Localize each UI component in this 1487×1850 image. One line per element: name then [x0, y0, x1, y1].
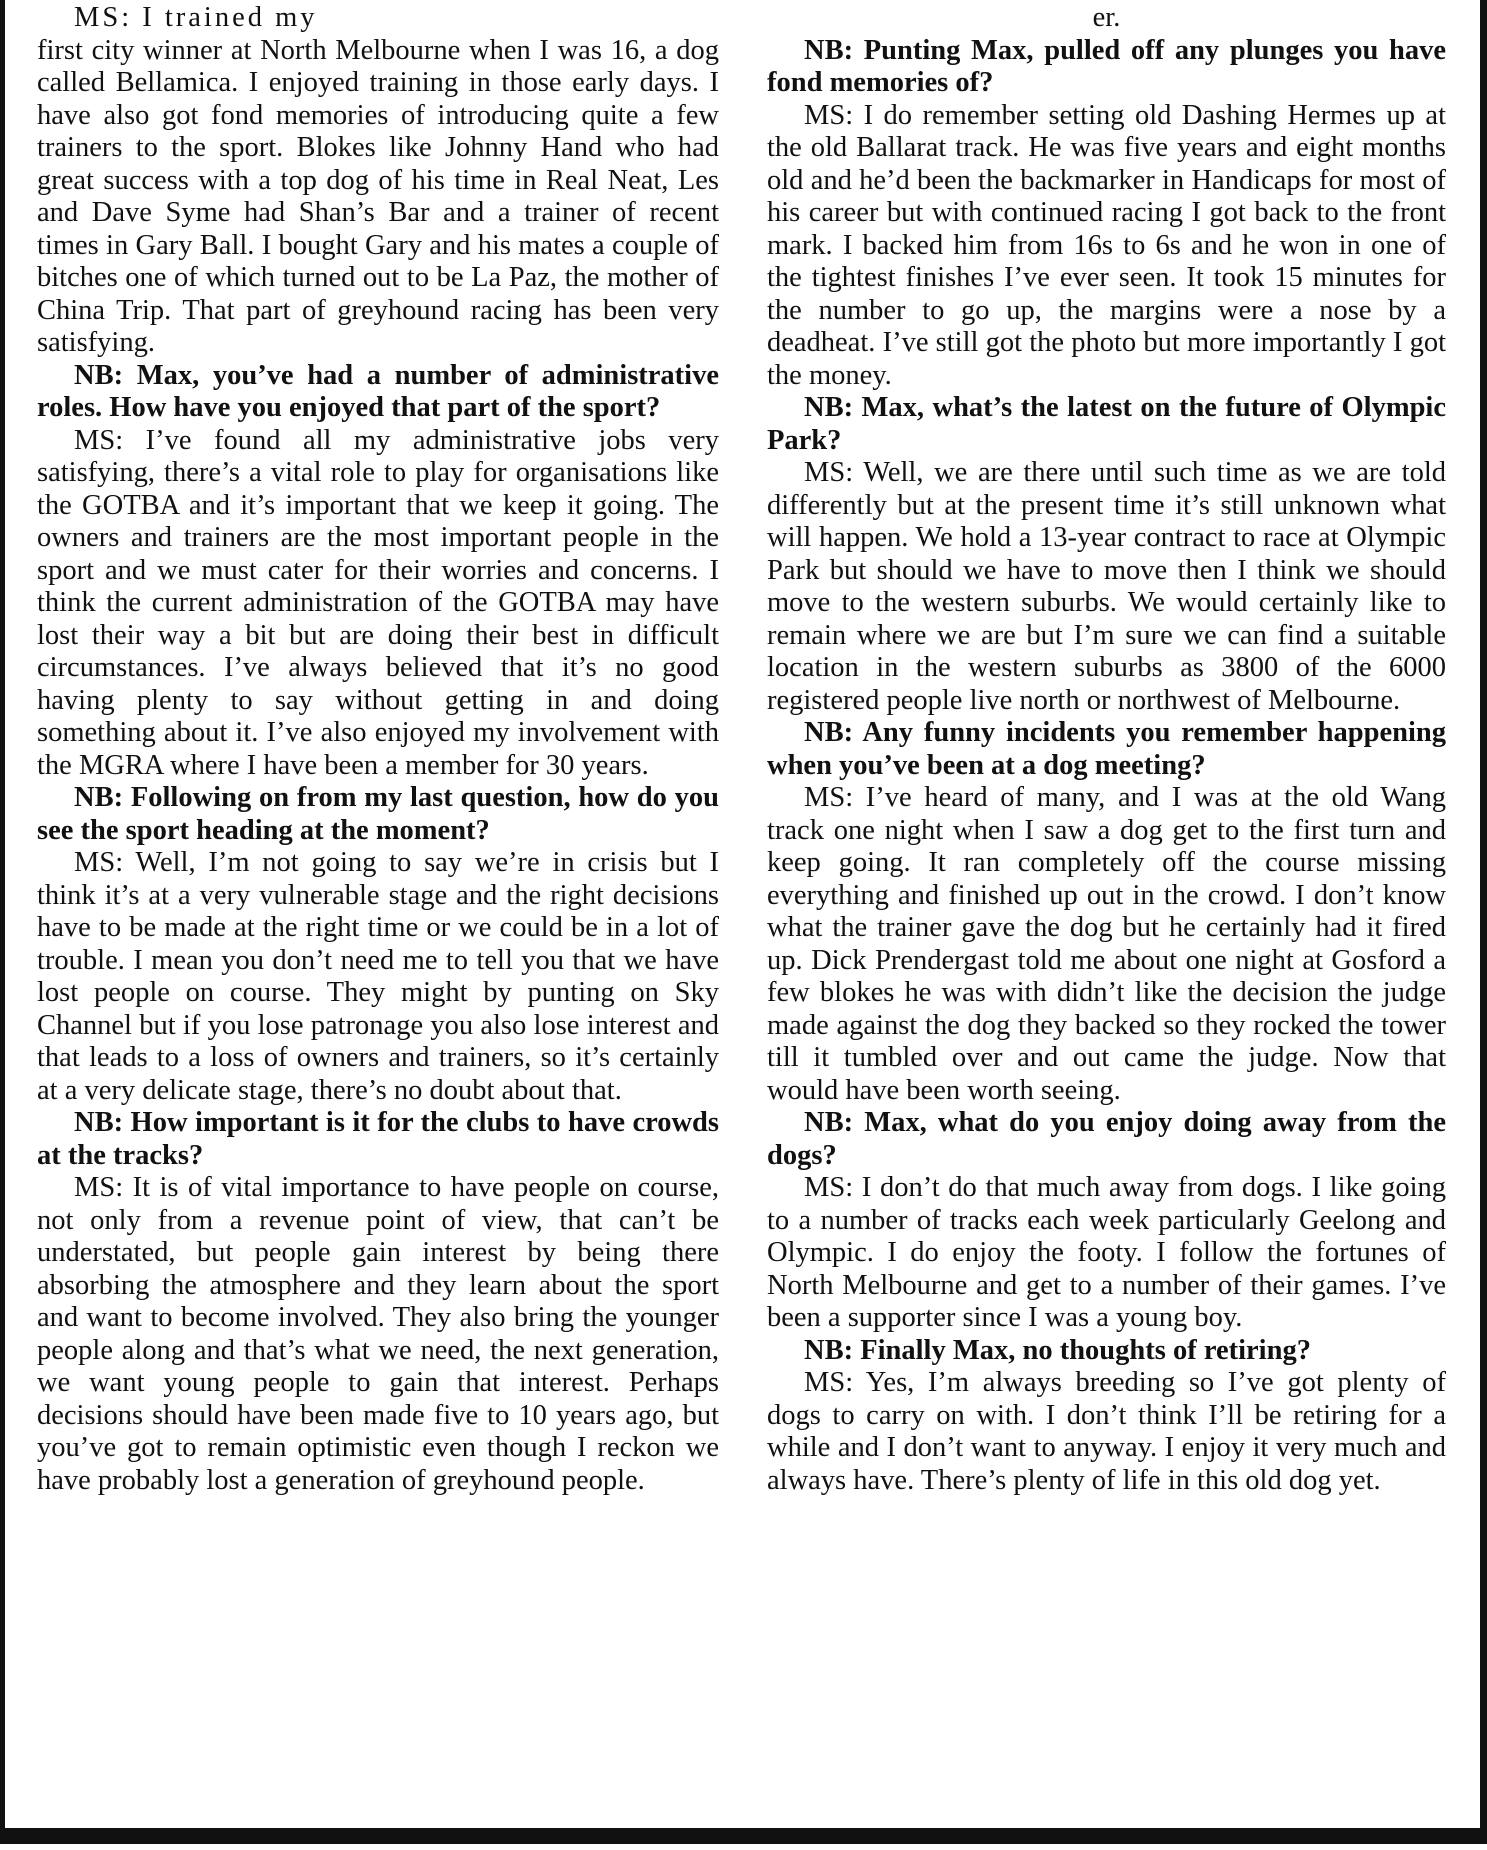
question: NB: Max, what do you enjoy doing away fr… [767, 1107, 1446, 1172]
question: NB: Max, what’s the latest on the future… [767, 392, 1446, 457]
answer-continuation: first city winner at North Melbourne whe… [37, 35, 719, 360]
question: NB: Finally Max, no thoughts of retiring… [767, 1335, 1446, 1368]
question: NB: Max, you’ve had a number of administ… [37, 360, 719, 425]
answer: MS: Yes, I’m always breeding so I’ve got… [767, 1367, 1446, 1497]
lead-in-fragment: er. [767, 2, 1446, 35]
answer: MS: I don’t do that much away from dogs.… [767, 1172, 1446, 1335]
answer: MS: I do remember setting old Dashing He… [767, 100, 1446, 393]
left-border-rule [0, 0, 5, 1836]
lead-in-answer: MS: I trained my [37, 2, 719, 35]
answer: MS: I’ve found all my administrative job… [37, 425, 719, 783]
answer: MS: I’ve heard of many, and I was at the… [767, 782, 1446, 1107]
bottom-border-bar [0, 1828, 1487, 1844]
right-border-rule [1480, 0, 1487, 1836]
left-column: MS: I trained my first city winner at No… [37, 2, 719, 1497]
answer: MS: It is of vital importance to have pe… [37, 1172, 719, 1497]
question: NB: Any funny incidents you remember hap… [767, 717, 1446, 782]
answer: MS: Well, I’m not going to say we’re in … [37, 847, 719, 1107]
answer: MS: Well, we are there until such time a… [767, 457, 1446, 717]
question: NB: Following on from my last question, … [37, 782, 719, 847]
right-column: er. NB: Punting Max, pulled off any plun… [767, 2, 1446, 1497]
question: NB: Punting Max, pulled off any plunges … [767, 35, 1446, 100]
question: NB: How important is it for the clubs to… [37, 1107, 719, 1172]
